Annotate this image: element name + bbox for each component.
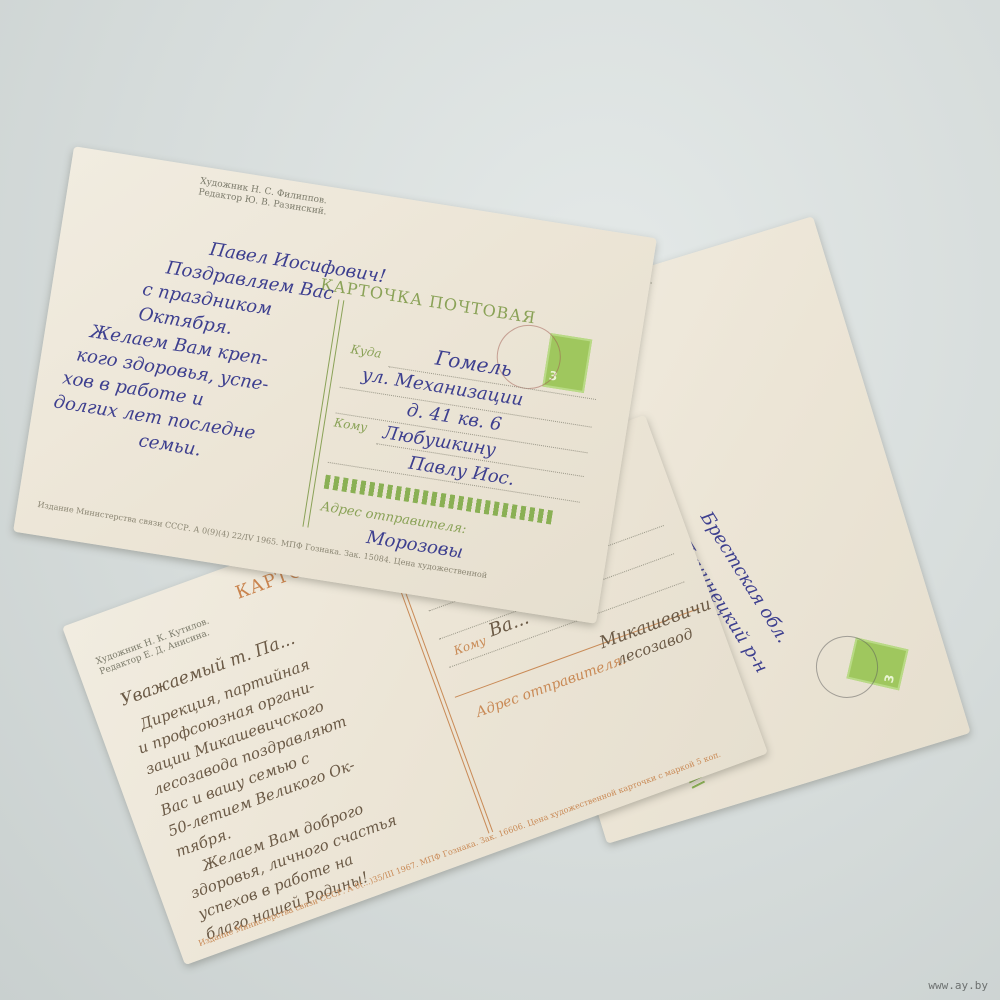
card-title: КАРТОЧКА ПОЧТОВАЯ bbox=[319, 275, 537, 328]
credits: Художник Н. С. Филиппов. Редактор Ю. В. … bbox=[198, 176, 329, 218]
postcard-front: Художник Н. С. Филиппов. Редактор Ю. В. … bbox=[13, 146, 657, 623]
postmark bbox=[808, 628, 885, 705]
message-line: семьи. bbox=[137, 430, 202, 461]
to-where-label: Куда bbox=[350, 342, 383, 361]
to-whom-label: Кому bbox=[333, 415, 368, 434]
watermark: www.ay.by bbox=[928, 979, 988, 992]
stamp-denomination: 3 bbox=[882, 673, 898, 684]
address-line: Павлу Иос. bbox=[407, 453, 516, 490]
